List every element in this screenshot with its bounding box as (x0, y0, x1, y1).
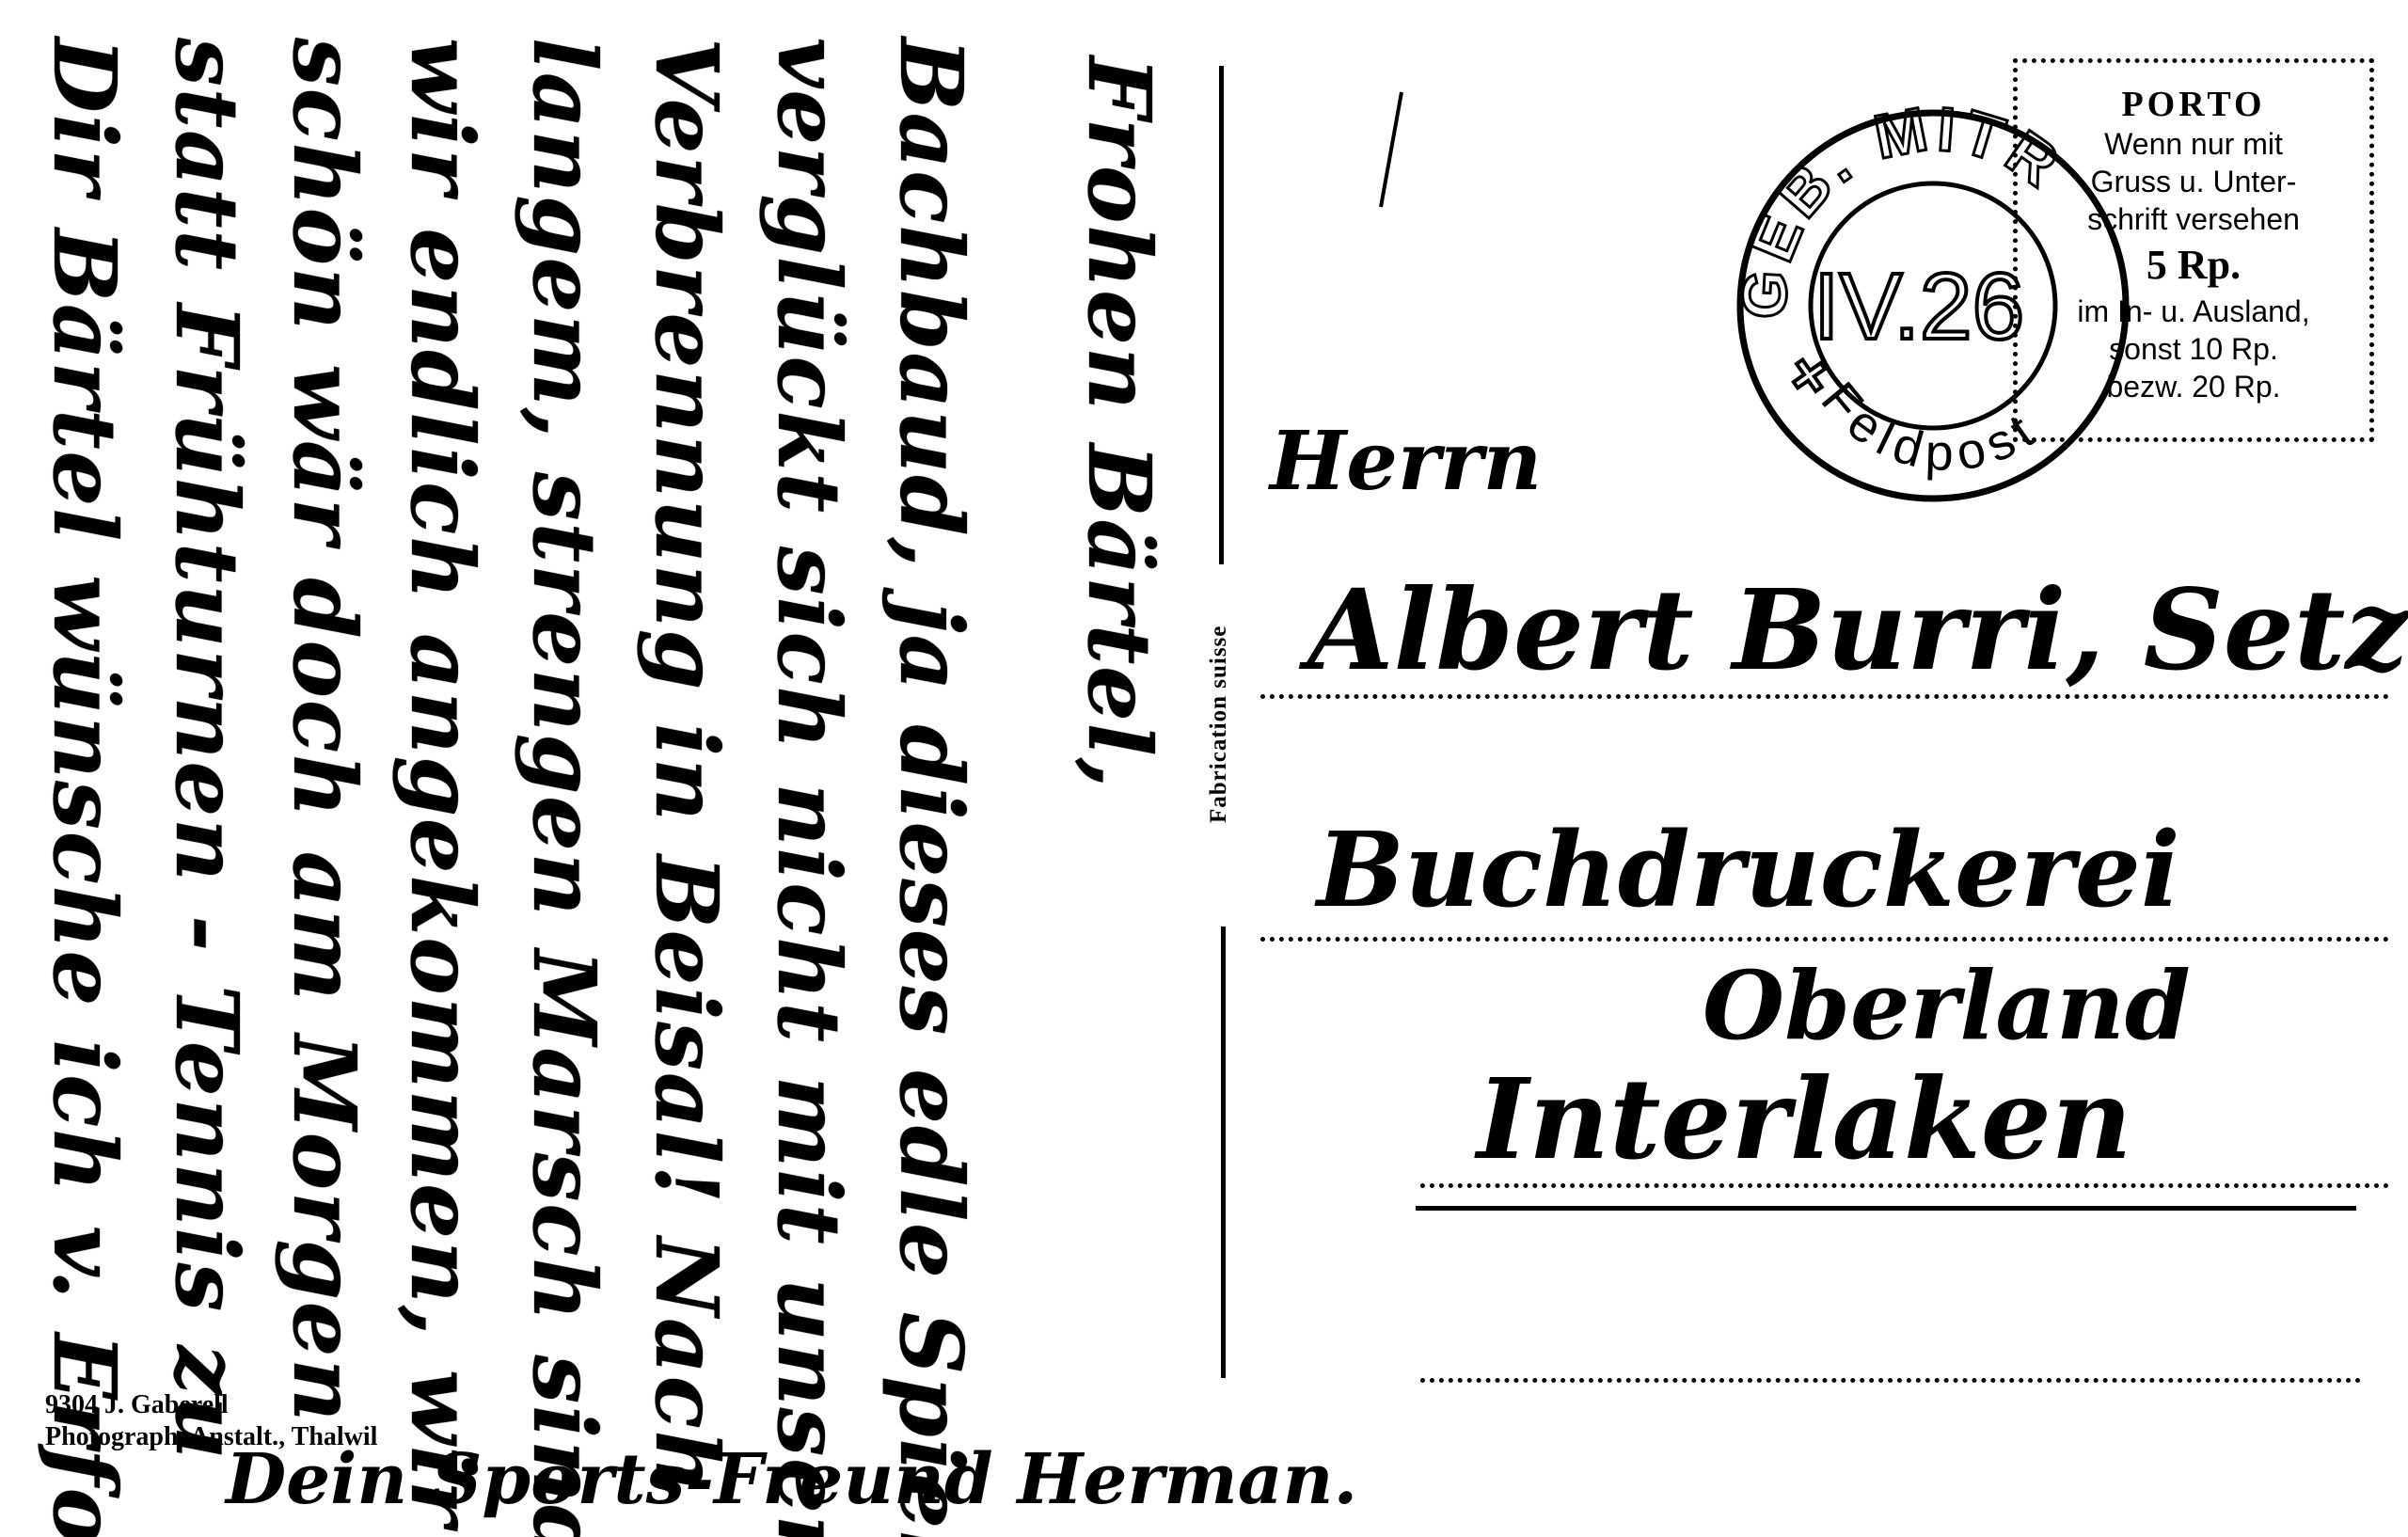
message-line: Verbrennung in Beisal! Nach (630, 38, 743, 1505)
postmark-date: IV.26 (1814, 254, 2024, 359)
svg-text:Feldpost: Feldpost (1811, 372, 2050, 482)
address-line-1 (1260, 694, 2389, 699)
address-city: Interlaken (1477, 1054, 2132, 1184)
address-street: Buchdruckerei (1317, 809, 2180, 930)
address-name: Albert Burri, Setzer, (1307, 564, 2408, 695)
message-line: verglückt sich nicht mit unserm (752, 38, 865, 1505)
message-line: Dir Bärtel wünsche ich v. Erfolg! (28, 38, 141, 1505)
printer-imprint-number: 9304 J. Gaberell (45, 1390, 229, 1420)
message-line: schön wär doch am Morgen (268, 38, 381, 1505)
divider-line-bottom (1221, 927, 1226, 1378)
postmark-stamp: GEB. MITR. K5 Feldpost + IV.26 (1731, 89, 2135, 522)
message-line: wir endlich angekommen, wir (386, 38, 499, 1505)
address-salutation: Herrn (1270, 414, 1542, 509)
address-line-2 (1260, 937, 2389, 942)
pen-mark (1373, 85, 1411, 216)
message-line: langem, strengen Marsch sind (508, 38, 621, 1505)
divider-line-top (1219, 66, 1224, 564)
address-line-4 (1420, 1378, 2361, 1383)
message-line: statt Frühturnen - Tennis zu (150, 38, 263, 1505)
address-region: Oberland (1703, 950, 2191, 1061)
message-greeting: Frohen Bärtel, (1063, 56, 1176, 1524)
fabrication-label: Fabrication suisse (1206, 574, 1232, 875)
city-underline (1416, 1206, 2356, 1211)
signature: Dein Sports-Freund Herman. (226, 1439, 1357, 1520)
postmark-bottom-text: Feldpost (1811, 372, 2050, 482)
message-line: Bachbaud, ja dieses edle Spiel, (875, 38, 988, 1505)
address-line-3 (1420, 1183, 2389, 1188)
